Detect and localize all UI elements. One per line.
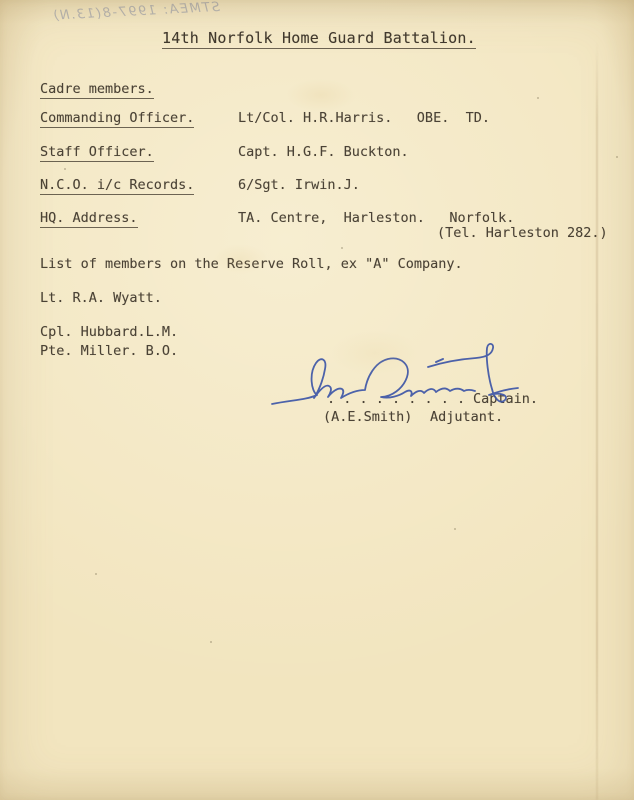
reserve-member: Cpl. Hubbard.L.M.	[40, 325, 178, 341]
paper-speck	[64, 168, 66, 170]
cadre-row-label: Staff Officer.	[40, 145, 154, 161]
scanned-document-page: STMEA: 1997-8(13.N) 14th Norfolk Home Gu…	[0, 0, 634, 800]
cadre-label-text: N.C.O. i/c Records.	[40, 177, 194, 195]
section-heading-text: Cadre members.	[40, 81, 154, 99]
paper-stain	[330, 330, 420, 376]
reserve-roll-heading: List of members on the Reserve Roll, ex …	[40, 257, 463, 273]
paper-crease	[596, 42, 598, 800]
cadre-row-label: N.C.O. i/c Records.	[40, 178, 194, 194]
reserve-member: Pte. Miller. B.O.	[40, 344, 178, 360]
signatory-role: Adjutant.	[430, 410, 503, 426]
paper-speck	[537, 97, 539, 99]
cadre-label-text: HQ. Address.	[40, 210, 138, 228]
section-heading: Cadre members.	[40, 82, 154, 98]
paper-stain	[286, 78, 356, 112]
reserve-member: Lt. R.A. Wyatt.	[40, 291, 162, 307]
cadre-row-label: Commanding Officer.	[40, 111, 194, 127]
cadre-row-value: Lt/Col. H.R.Harris. OBE. TD.	[238, 111, 490, 127]
telephone-line: (Tel. Harleston 282.)	[437, 226, 608, 242]
cadre-row-label: HQ. Address.	[40, 211, 138, 227]
paper-speck	[95, 573, 97, 575]
cadre-row-value: Capt. H.G.F. Buckton.	[238, 145, 409, 161]
paper-speck	[210, 641, 212, 643]
document-title: 14th Norfolk Home Guard Battalion.	[162, 30, 476, 47]
signatory-name: (A.E.Smith)	[323, 410, 412, 426]
signature-rank: Captain.	[473, 392, 538, 408]
paper-speck	[454, 528, 456, 530]
signature-i-dot	[436, 359, 443, 362]
cadre-label-text: Staff Officer.	[40, 144, 154, 162]
paper-speck	[341, 247, 343, 249]
signature-dotted-line: . . . . . . . . .	[327, 392, 465, 408]
paper-speck	[616, 156, 618, 158]
cadre-label-text: Commanding Officer.	[40, 110, 194, 128]
archive-accession-note: STMEA: 1997-8(13.N)	[24, 0, 221, 25]
document-title-text: 14th Norfolk Home Guard Battalion.	[162, 29, 476, 49]
cadre-row-value: 6/Sgt. Irwin.J.	[238, 178, 360, 194]
